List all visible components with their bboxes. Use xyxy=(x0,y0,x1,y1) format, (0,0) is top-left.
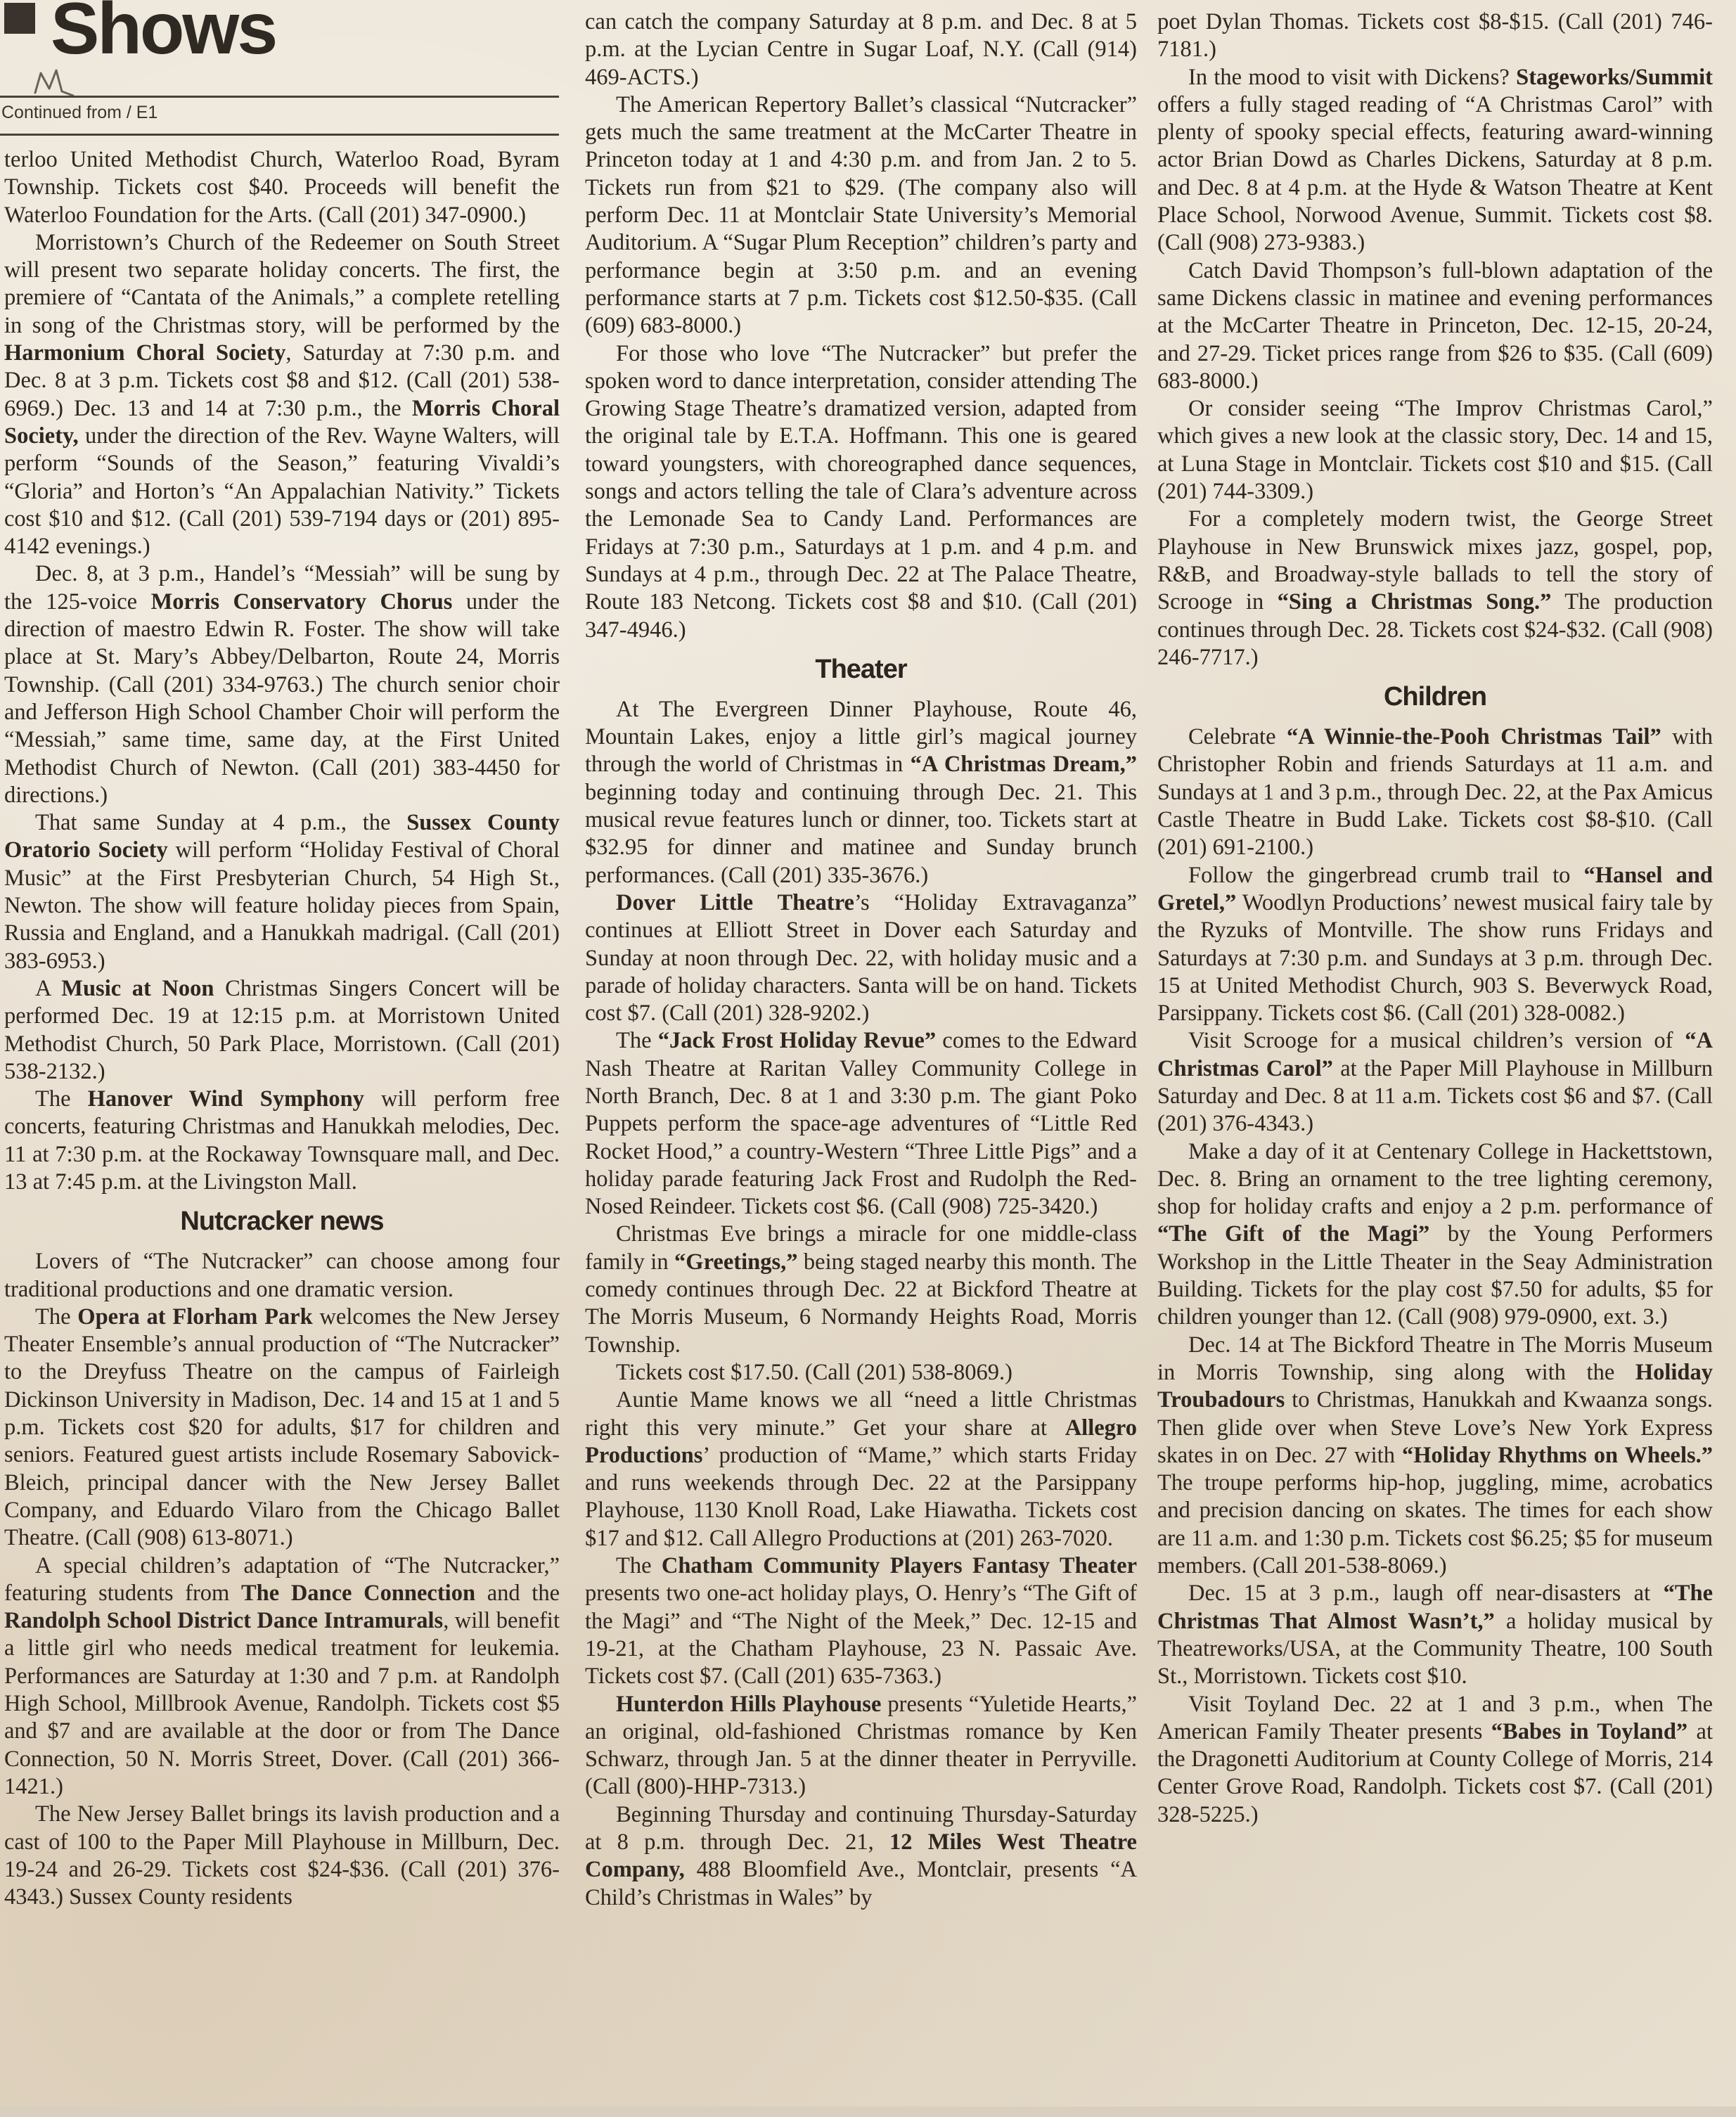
paragraph-text: and the xyxy=(475,1581,560,1606)
handwritten-mark-icon xyxy=(31,65,80,97)
bold-name: Music at Noon xyxy=(61,976,214,1001)
article-paragraph: The “Jack Frost Holiday Revue” comes to … xyxy=(585,1027,1137,1221)
paragraph-text: Follow the gingerbread crumb trail to xyxy=(1188,863,1584,888)
article-paragraph: A Music at Noon Christmas Singers Concer… xyxy=(4,975,560,1086)
section-subheading: Nutcracker news xyxy=(4,1206,560,1237)
paragraph-text: Celebrate xyxy=(1188,724,1287,749)
article-paragraph: For those who love “The Nutcracker” but … xyxy=(585,340,1137,644)
paragraph-text: presents two one-act holiday plays, O. H… xyxy=(585,1581,1137,1689)
bold-name: “The Gift of the Magi” xyxy=(1157,1221,1429,1247)
article-paragraph: Make a day of it at Centenary College in… xyxy=(1157,1138,1713,1332)
bold-name: “A Winnie-the-Pooh Christmas Tail” xyxy=(1287,724,1661,749)
article-paragraph: poet Dylan Thomas. Tickets cost $8-$15. … xyxy=(1157,8,1713,64)
section-subheading: Children xyxy=(1157,681,1713,712)
article-paragraph: Or consider seeing “The Improv Christmas… xyxy=(1157,395,1713,506)
section-marker-square xyxy=(4,3,35,34)
article-paragraph: The American Repertory Ballet’s classica… xyxy=(585,91,1137,340)
paragraph-text: welcomes the New Jersey Theater Ensemble… xyxy=(4,1304,560,1550)
paragraph-text: poet Dylan Thomas. Tickets cost $8-$15. … xyxy=(1157,9,1713,62)
article-paragraph: terloo United Methodist Church, Waterloo… xyxy=(4,146,560,229)
article-paragraph: The Opera at Florham Park welcomes the N… xyxy=(4,1304,560,1552)
article-paragraph: At The Evergreen Dinner Playhouse, Route… xyxy=(585,696,1137,889)
article-paragraph: Morristown’s Church of the Redeemer on S… xyxy=(4,229,560,561)
article-paragraph: Catch David Thompson’s full-blown adapta… xyxy=(1157,257,1713,395)
article-paragraph: Lovers of “The Nutcracker” can choose am… xyxy=(4,1248,560,1304)
bold-name: Hanover Wind Symphony xyxy=(88,1086,364,1112)
article-paragraph: Tickets cost $17.50. (Call (201) 538-806… xyxy=(585,1359,1137,1386)
paragraph-text: Morristown’s Church of the Redeemer on S… xyxy=(4,230,560,338)
paragraph-text: The troupe performs hip-hop, juggling, m… xyxy=(1157,1470,1713,1578)
bold-name: “Babes in Toyland” xyxy=(1491,1719,1687,1744)
section-masthead: Shows Continued from / E1 xyxy=(0,0,562,141)
bold-name: Morris Conservatory Chorus xyxy=(151,589,453,614)
paragraph-text: The xyxy=(35,1086,88,1112)
header-rule-bottom xyxy=(0,134,559,136)
article-paragraph: Dec. 8, at 3 p.m., Handel’s “Messiah” wi… xyxy=(4,560,560,809)
bold-name: “Jack Frost Holiday Revue” xyxy=(658,1028,936,1053)
paragraph-text: Lovers of “The Nutcracker” can choose am… xyxy=(4,1249,560,1301)
paragraph-text: Visit Scrooge for a musical children’s v… xyxy=(1188,1028,1685,1053)
bold-name: Chatham Community Players Fantasy Theate… xyxy=(662,1553,1137,1578)
article-paragraph: The New Jersey Ballet brings its lavish … xyxy=(4,1801,560,1911)
section-subheading: Theater xyxy=(585,654,1137,685)
bold-name: The Dance Connection xyxy=(241,1581,475,1606)
continued-from-label: Continued from / E1 xyxy=(1,103,157,123)
bold-name: Harmonium Choral Society xyxy=(4,340,285,366)
bold-name: “Holiday Rhythms on Wheels.” xyxy=(1402,1443,1713,1468)
article-paragraph: Celebrate “A Winnie-the-Pooh Christmas T… xyxy=(1157,723,1713,861)
article-paragraph: A special children’s adaptation of “The … xyxy=(4,1552,560,1801)
article-column-3: poet Dylan Thomas. Tickets cost $8-$15. … xyxy=(1157,8,1713,1829)
paragraph-text: A xyxy=(35,976,61,1001)
paragraph-text: Tickets cost $17.50. (Call (201) 538-806… xyxy=(616,1360,1012,1385)
newspaper-page: Shows Continued from / E1 terloo United … xyxy=(0,0,1736,2117)
paragraph-text: beginning today and continuing through D… xyxy=(585,780,1137,888)
article-paragraph: Christmas Eve brings a miracle for one m… xyxy=(585,1221,1137,1358)
paragraph-text: , will benefit a little girl who needs m… xyxy=(4,1608,560,1799)
article-paragraph: can catch the company Saturday at 8 p.m.… xyxy=(585,8,1137,91)
paragraph-text: The xyxy=(35,1304,77,1330)
article-paragraph: Auntie Mame knows we all “need a little … xyxy=(585,1386,1137,1552)
paragraph-text: Dec. 14 at The Bickford Theatre in The M… xyxy=(1157,1332,1713,1385)
paragraph-text: Dec. 15 at 3 p.m., laugh off near-disast… xyxy=(1188,1581,1664,1606)
paragraph-text: That same Sunday at 4 p.m., the xyxy=(35,810,406,835)
paragraph-text: The xyxy=(616,1553,662,1578)
paragraph-text: In the mood to visit with Dickens? xyxy=(1188,65,1516,90)
paragraph-text: terloo United Methodist Church, Waterloo… xyxy=(4,147,560,228)
article-column-2: can catch the company Saturday at 8 p.m.… xyxy=(585,8,1137,1912)
paragraph-text: Woodlyn Productions’ newest musical fair… xyxy=(1157,890,1713,1026)
section-title: Shows xyxy=(51,0,276,71)
article-paragraph: That same Sunday at 4 p.m., the Sussex C… xyxy=(4,809,560,975)
paragraph-text: Or consider seeing “The Improv Christmas… xyxy=(1157,396,1713,504)
paragraph-text: can catch the company Saturday at 8 p.m.… xyxy=(585,9,1137,90)
article-paragraph: Visit Scrooge for a musical children’s v… xyxy=(1157,1027,1713,1138)
paragraph-text: The New Jersey Ballet brings its lavish … xyxy=(4,1801,560,1910)
paragraph-text: Auntie Mame knows we all “need a little … xyxy=(585,1387,1137,1440)
bold-name: Dover Little Theatre xyxy=(616,890,854,915)
paragraph-text: Make a day of it at Centenary College in… xyxy=(1157,1139,1713,1220)
article-paragraph: Visit Toyland Dec. 22 at 1 and 3 p.m., w… xyxy=(1157,1691,1713,1829)
article-paragraph: Dec. 14 at The Bickford Theatre in The M… xyxy=(1157,1332,1713,1581)
bold-name: “Sing a Christmas Song.” xyxy=(1278,589,1552,614)
article-paragraph: For a completely modern twist, the Georg… xyxy=(1157,506,1713,671)
bold-name: Opera at Florham Park xyxy=(77,1304,312,1330)
article-paragraph: Hunterdon Hills Playhouse presents “Yule… xyxy=(585,1691,1137,1801)
paragraph-text: under the direction of maestro Edwin R. … xyxy=(4,589,560,808)
bold-name: “A Christmas Dream,” xyxy=(911,752,1137,777)
article-paragraph: Beginning Thursday and continuing Thursd… xyxy=(585,1801,1137,1912)
article-paragraph: Dover Little Theatre’s “Holiday Extravag… xyxy=(585,889,1137,1027)
article-column-1: terloo United Methodist Church, Waterloo… xyxy=(4,146,560,1911)
paragraph-text: For those who love “The Nutcracker” but … xyxy=(585,341,1137,643)
article-paragraph: Follow the gingerbread crumb trail to “H… xyxy=(1157,862,1713,1028)
article-paragraph: The Hanover Wind Symphony will perform f… xyxy=(4,1086,560,1196)
bold-name: Stageworks/Summit xyxy=(1516,65,1713,90)
bold-name: Hunterdon Hills Playhouse xyxy=(616,1692,881,1717)
article-paragraph: The Chatham Community Players Fantasy Th… xyxy=(585,1552,1137,1690)
paragraph-text: comes to the Edward Nash Theatre at Rari… xyxy=(585,1028,1137,1219)
paragraph-text: The American Repertory Ballet’s classica… xyxy=(585,92,1137,338)
paragraph-text: under the direction of the Rev. Wayne Wa… xyxy=(4,423,560,559)
paragraph-text: The xyxy=(616,1028,658,1053)
article-paragraph: In the mood to visit with Dickens? Stage… xyxy=(1157,64,1713,257)
page-bottom-edge xyxy=(0,2106,1736,2117)
bold-name: Randolph School District Dance Intramura… xyxy=(4,1608,443,1633)
article-paragraph: Dec. 15 at 3 p.m., laugh off near-disast… xyxy=(1157,1580,1713,1690)
bold-name: “Greetings,” xyxy=(674,1249,797,1275)
header-rule-top xyxy=(0,96,559,98)
paragraph-text: offers a fully staged reading of “A Chri… xyxy=(1157,92,1713,255)
paragraph-text: Catch David Thompson’s full-blown adapta… xyxy=(1157,258,1713,394)
